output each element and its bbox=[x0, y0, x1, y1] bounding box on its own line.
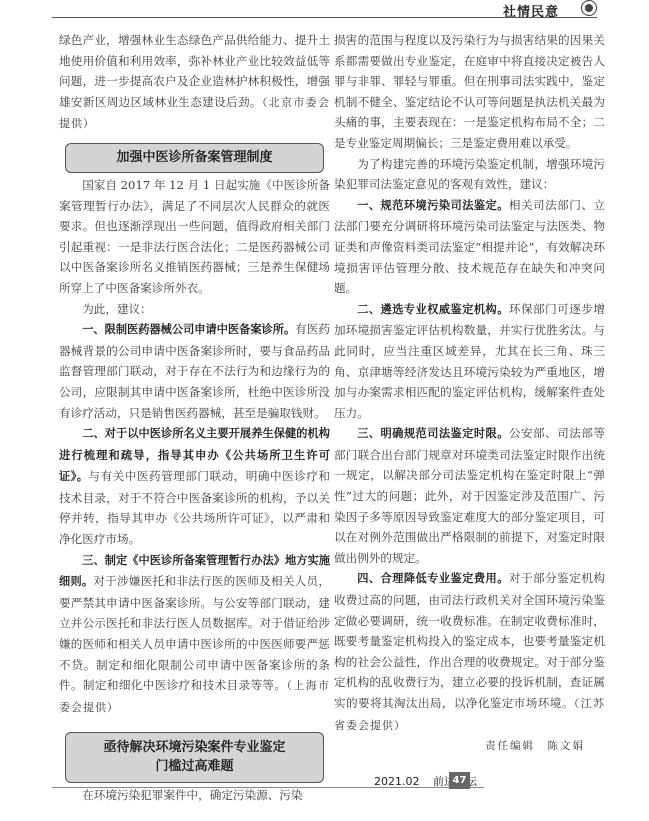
page-header: 社情民意 bbox=[52, 0, 597, 18]
right-column: 损害的范围与程度以及污染行为与损害结果的因果关系都需要做出专业鉴定，在庭审中将直… bbox=[334, 30, 605, 736]
heading-line-1: 亟待解决环境污染案件专业鉴定 bbox=[66, 738, 323, 757]
section-title: 社情民意 bbox=[503, 1, 559, 20]
paragraph: 为此，建议： bbox=[59, 299, 330, 320]
suggestion-1: 一、限制医药器械公司申请中医备案诊所。有医药器械背景的公司申请中医备案诊所时，要… bbox=[59, 319, 330, 423]
suggestion-3: 三、明确规范司法鉴定时限。公安部、司法部等部门联合出台部门规章对环境类司法鉴定时… bbox=[334, 423, 605, 568]
heading-line-2: 门槛过高难题 bbox=[66, 757, 323, 776]
intro-paragraph: 绿色产业，增强林业生态绿色产品供给能力、提升土地使用价值和利用效率，弥补林业产业… bbox=[59, 30, 330, 135]
left-column: 绿色产业，增强林业生态绿色产品供给能力、提升土地使用价值和利用效率，弥补林业产业… bbox=[59, 30, 330, 806]
suggestion-4: 四、合理降低专业鉴定费用。对于部分鉴定机构收费过高的问题，由司法行政机关对全国环… bbox=[334, 568, 605, 736]
paragraph: 损害的范围与程度以及污染行为与损害结果的因果关系都需要做出专业鉴定，在庭审中将直… bbox=[334, 30, 605, 154]
section-heading-tcm: 加强中医诊所备案管理制度 bbox=[65, 143, 324, 173]
paragraph: 在环境污染犯罪案件中，确定污染源、污染 bbox=[59, 785, 330, 806]
suggestion-1: 一、规范环境污染司法鉴定。相关司法部门、立法部门要充分调研将环境污染司法鉴定与法… bbox=[334, 195, 605, 299]
suggestion-2: 二、遴选专业权威鉴定机构。环保部门可逐步增加环境损害鉴定评估机构数量，并实行优胜… bbox=[334, 299, 605, 424]
circle-arrow-left-icon bbox=[581, 0, 597, 16]
suggestion-3: 三、制定《中医诊所备案管理暂行办法》地方实施细则。对于涉嫌医托和非法行医的医师及… bbox=[59, 550, 330, 719]
responsible-editor: 责任编辑 陈文娟 bbox=[485, 738, 585, 753]
section-heading-environment: 亟待解决环境污染案件专业鉴定 门槛过高难题 bbox=[65, 732, 324, 783]
page-number: 47 bbox=[449, 772, 470, 789]
paragraph: 为了构建完善的环境污染鉴定机制，增强环境污染犯罪司法鉴定意见的客观有效性，建议： bbox=[334, 154, 605, 195]
suggestion-2: 二、对于以中医诊所名义主要开展养生保健的机构进行梳理和疏导，指导其申办《公共场所… bbox=[59, 423, 330, 550]
paragraph: 国家自 2017 年 12 月 1 日起实施《中医诊所备案管理暂行办法》，满足了… bbox=[59, 175, 330, 299]
issue-date: 2021.02 bbox=[374, 775, 420, 788]
